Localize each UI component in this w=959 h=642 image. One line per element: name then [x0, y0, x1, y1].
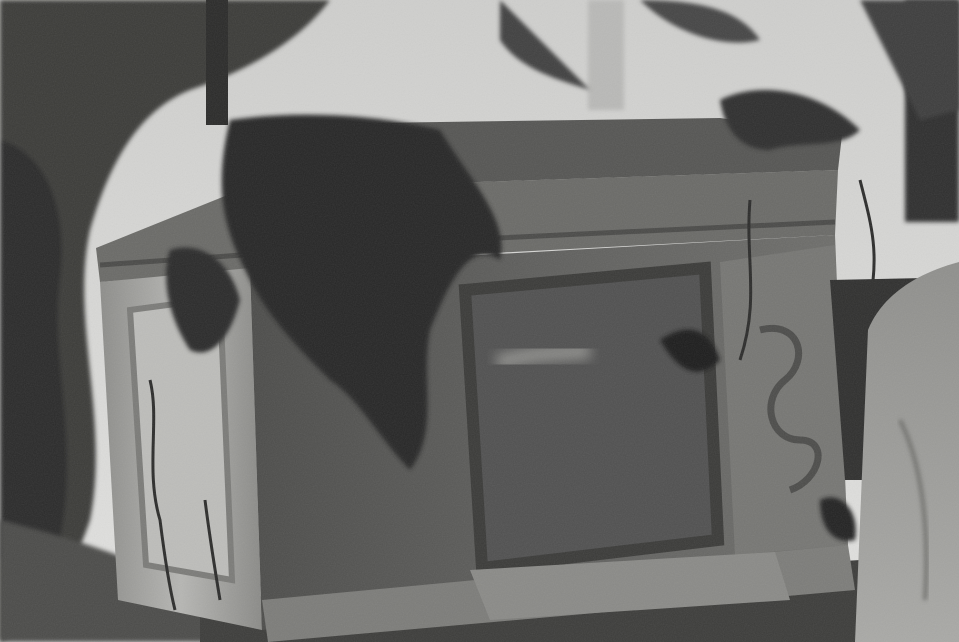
tomb-photograph: [0, 0, 959, 642]
